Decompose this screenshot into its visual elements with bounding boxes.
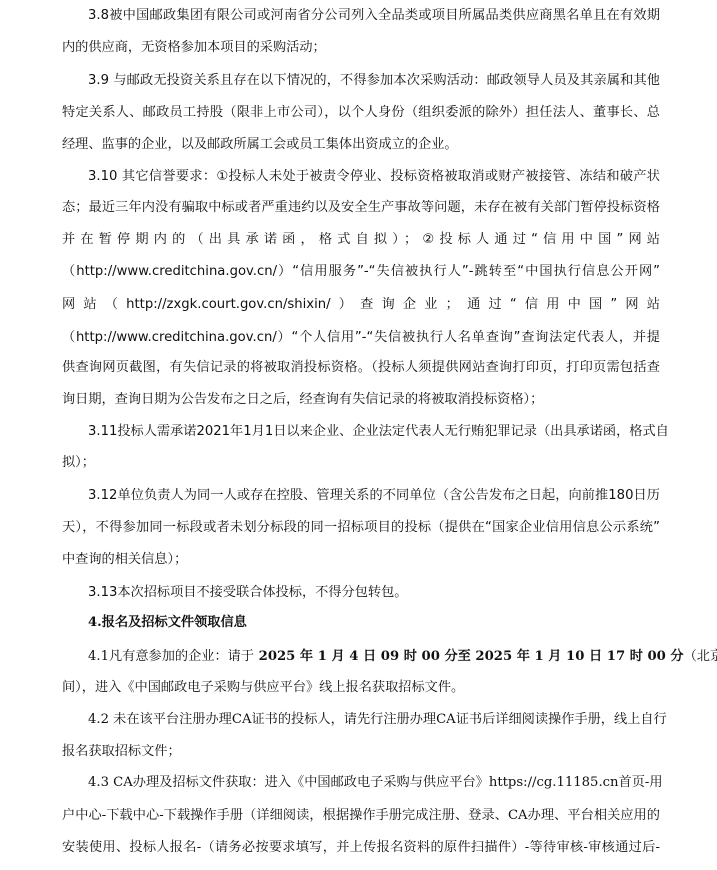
para-3-12-line-3: 中查询的相关信息）； xyxy=(62,544,187,576)
para-4-1-prefix: 4.1凡有意参加的企业：请于 xyxy=(88,649,254,664)
para-4-2-line-1: 4.2 未在该平台注册办理CA证书的投标人，请先行注册办理CA证书后详细阅读操作… xyxy=(88,704,660,736)
para-3-9-line-2: 特定关系人、邮政员工持股（限非上市公司），以个人身份（组织委派的除外）担任法人、… xyxy=(62,97,660,129)
para-4-1-line-2: 间），进入《中国邮政电子采购与供应平台》线上报名获取招标文件。 xyxy=(62,672,464,704)
section-4-heading: 4.报名及招标文件领取信息 xyxy=(88,607,247,639)
para-3-10-line-1: 3.10 其它信誉要求：①投标人未处于被责令停业、投标资格被取消或财产被接管、冻… xyxy=(88,161,660,193)
para-3-9-line-1: 3.9 与邮政无投资关系且存在以下情况的，不得参加本次采购活动：邮政领导人员及其… xyxy=(88,65,660,97)
para-3-12-line-2: 天），不得参加同一标段或者未划分标段的同一招标项目的投标（提供在“国家企业信用信… xyxy=(62,512,660,544)
para-3-8-line-1: 3.8被中国邮政集团有限公司或河南省分公司列入全品类或项目所属品类供应商黑名单且… xyxy=(88,0,660,32)
para-3-10-line-6: （http://www.creditchina.gov.cn/）“个人信用”-“… xyxy=(62,322,660,354)
para-3-10-line-3: 并在暂停期内的（出具承诺函，格式自拟）；②投标人通过“信用中国”网站 xyxy=(62,224,660,256)
para-4-3-line-1: 4.3 CA办理及招标文件获取：进入《中国邮政电子采购与供应平台》https:/… xyxy=(88,767,660,799)
para-4-1-line-1: 4.1凡有意参加的企业：请于 2025 年 1 月 4 日 09 时 00 分至… xyxy=(88,641,717,673)
para-4-3-line-2: 户中心-下载中心-下载操作手册（详细阅读，根据操作手册完成注册、登录、CA办理、… xyxy=(62,800,660,832)
para-3-10-line-7: 供查询网页截图，有失信记录的将被取消投标资格。（投标人须提供网站查询打印页，打印… xyxy=(62,352,660,384)
para-3-13-line-1: 3.13本次招标项目不接受联合体投标，不得分包转包。 xyxy=(88,577,408,609)
para-3-10-line-8: 询日期，查询日期为公告发布之日之后，经查询有失信记录的将被取消投标资格）； xyxy=(62,384,543,416)
para-3-10-line-5: 网站（http://zxgk.court.gov.cn/shixin/）查询企业… xyxy=(62,289,660,321)
para-3-12-line-1: 3.12单位负责人为同一人或存在控股、管理关系的不同单位（含公告发布之日起，向前… xyxy=(88,480,660,512)
para-3-8-line-2: 内的供应商，无资格参加本项目的采购活动； xyxy=(62,32,326,64)
para-3-11-line-1: 3.11投标人需承诺2021年1月1日以来企业、企业法定代表人无行贿犯罪记录（出… xyxy=(88,416,660,448)
para-3-11-line-2: 拟）； xyxy=(62,447,95,479)
para-4-1-suffix: （北京时 xyxy=(684,649,717,664)
para-3-10-line-4: （http://www.creditchina.gov.cn/）“信用服务”-“… xyxy=(62,256,660,288)
para-4-3-line-3: 安装使用、投标人报名-（请务必按要求填写，并上传报名资料的原件扫描件）-等待审核… xyxy=(62,832,660,864)
registration-period: 2025 年 1 月 4 日 09 时 00 分至 2025 年 1 月 10 … xyxy=(254,649,684,664)
para-4-2-line-2: 报名获取招标文件； xyxy=(62,736,181,768)
para-3-10-line-2: 态；最近三年内没有骗取中标或者严重违约以及安全生产事故等问题，未存在被有关部门暂… xyxy=(62,192,660,224)
para-3-9-line-3: 经理、监事的企业，以及邮政所属工会或员工集体出资成立的企业。 xyxy=(62,129,458,161)
